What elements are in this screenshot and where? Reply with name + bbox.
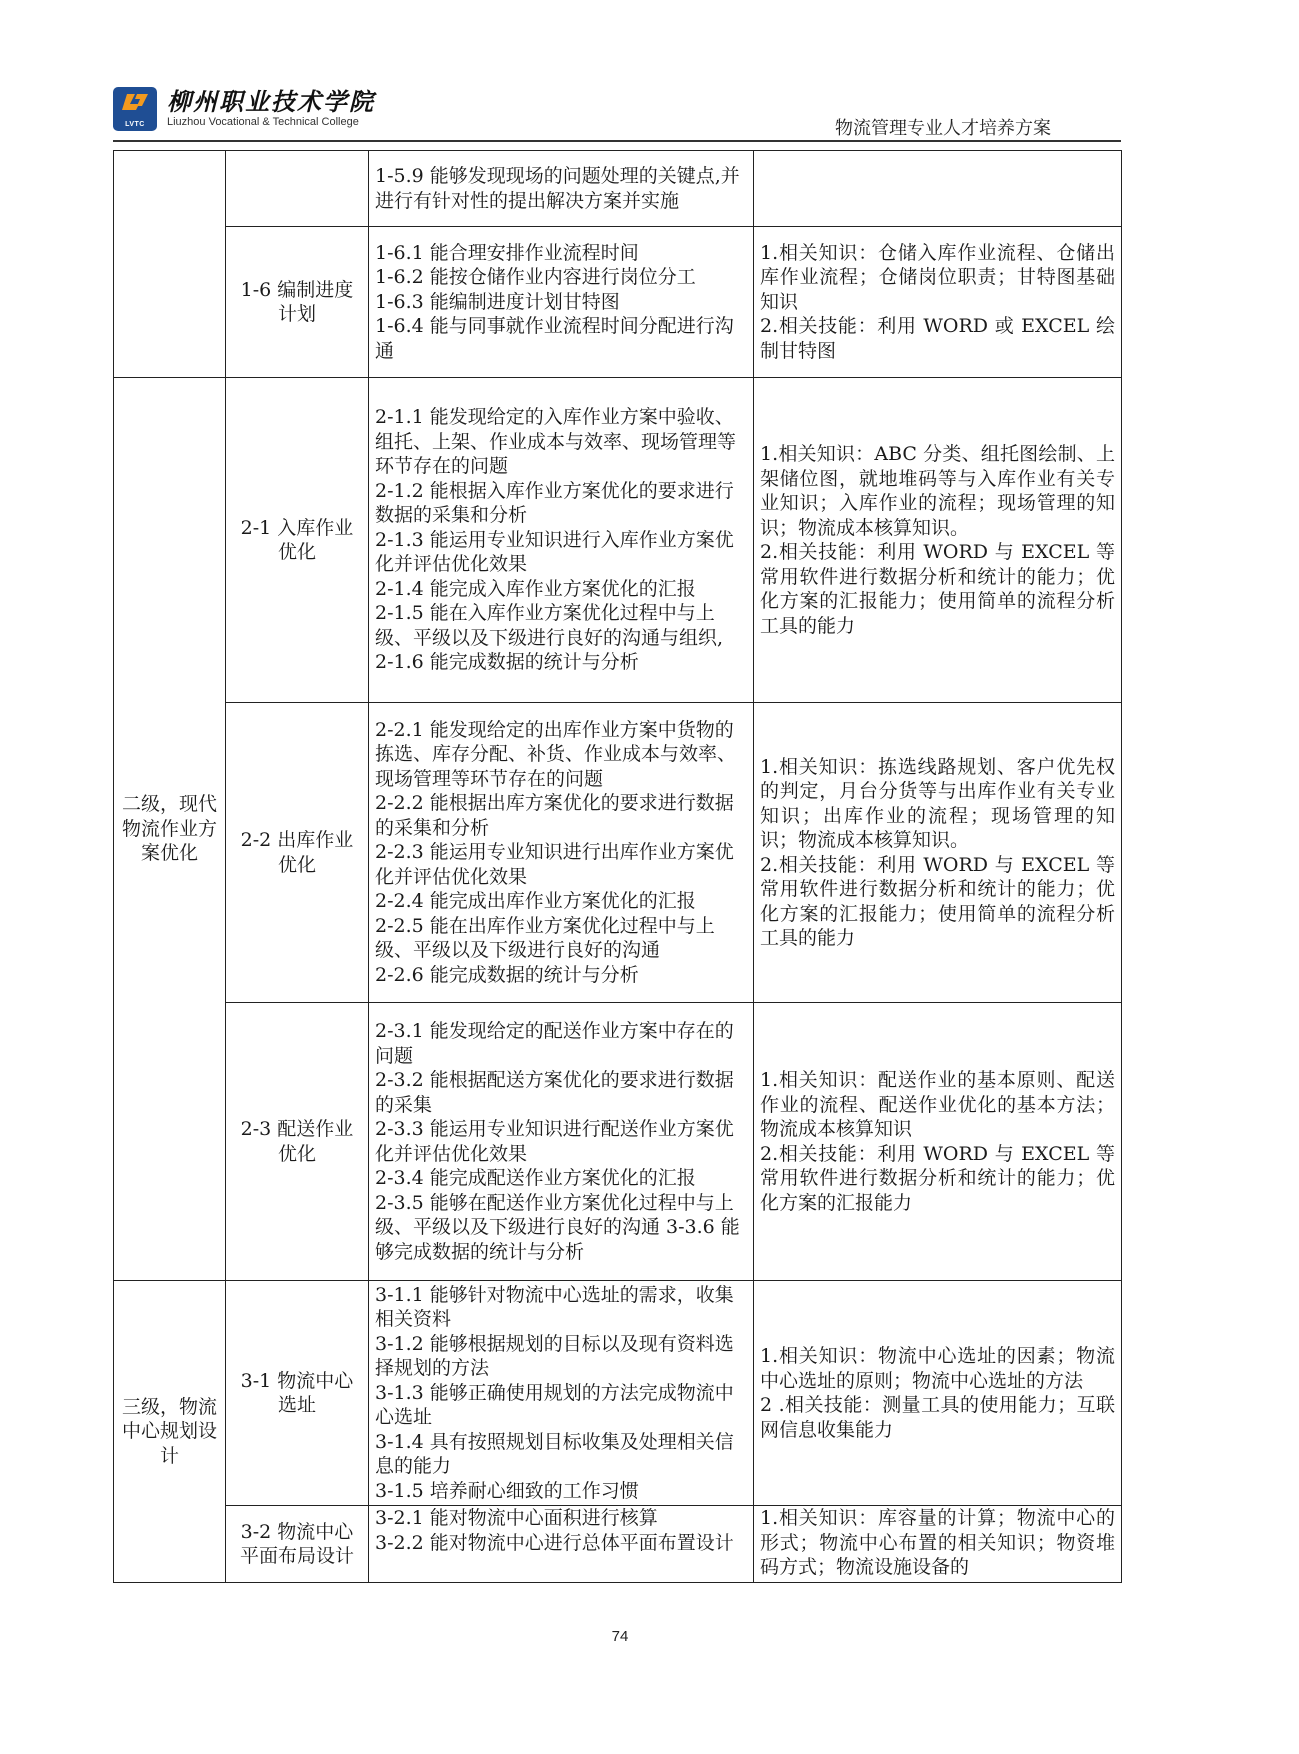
ability-item: 2-3.5 能够在配送作业方案优化过程中与上级、平级以及下级进行良好的沟通 3-…: [375, 1191, 747, 1265]
skill-item: 2.相关技能：利用 WORD 或 EXCEL 绘制甘特图: [760, 314, 1115, 363]
level-label: 二级，现代物流作业方案优化: [122, 793, 217, 864]
level-cell: 三级，物流中心规划设计: [114, 1281, 226, 1583]
skill-item: 2.相关技能：利用 WORD 与 EXCEL 等常用软件进行数据分析和统计的能力…: [760, 853, 1115, 951]
ability-item: 1-6.1 能合理安排作业流程时间: [375, 241, 747, 266]
task-cell: 3-2 物流中心平面布局设计: [226, 1506, 369, 1583]
knowledge-cell: 1.相关知识：仓储入库作业流程、仓储出库作业流程；仓储岗位职责；甘特图基础知识 …: [754, 227, 1122, 378]
document-title: 物流管理专业人才培养方案: [835, 114, 1051, 140]
ability-item: 2-1.4 能完成入库作业方案优化的汇报: [375, 577, 747, 602]
ability-item: 3-1.3 能够正确使用规划的方法完成物流中心选址: [375, 1381, 747, 1430]
ability-item: 1-5.9 能够发现现场的问题处理的关键点,并进行有针对性的提出解决方案并实施: [375, 164, 747, 213]
lvtc-logo-icon: [121, 92, 149, 114]
ability-item: 1-6.4 能与同事就作业流程时间分配进行沟通: [375, 314, 747, 363]
school-name-cn: 柳州职业技术学院: [167, 82, 375, 117]
knowledge-item: 1.相关知识：ABC 分类、组托图绘制、上架储位图，就地堆码等与入库作业有关专业…: [760, 442, 1115, 540]
knowledge-cell: 1.相关知识：拣选线路规划、客户优先权的判定，月台分货等与出库作业有关专业知识；…: [754, 703, 1122, 1003]
ability-item: 3-1.5 培养耐心细致的工作习惯: [375, 1479, 747, 1504]
ability-item: 3-1.4 具有按照规划目标收集及处理相关信息的能力: [375, 1430, 747, 1479]
skill-item: 2.相关技能：利用 WORD 与 EXCEL 等常用软件进行数据分析和统计的能力…: [760, 540, 1115, 638]
task-cell: [226, 151, 369, 227]
table-row: 2-2 出库作业优化 2-2.1 能发现给定的出库作业方案中货物的拣选、库存分配…: [114, 703, 1122, 1003]
ability-item: 2-1.3 能运用专业知识进行入库作业方案优化并评估优化效果: [375, 528, 747, 577]
knowledge-item: 1.相关知识：配送作业的基本原则、配送作业的流程、配送作业优化的基本方法；物流成…: [760, 1068, 1115, 1142]
knowledge-cell: 1.相关知识：物流中心选址的因素；物流中心选址的原则；物流中心选址的方法 2 .…: [754, 1281, 1122, 1506]
task-cell: 3-1 物流中心选址: [226, 1281, 369, 1506]
ability-item: 2-2.2 能根据出库方案优化的要求进行数据的采集和分析: [375, 791, 747, 840]
level-cell: 二级，现代物流作业方案优化: [114, 378, 226, 1281]
knowledge-cell: 1.相关知识：ABC 分类、组托图绘制、上架储位图，就地堆码等与入库作业有关专业…: [754, 378, 1122, 703]
task-label: 3-1 物流中心选址: [241, 1370, 354, 1417]
ability-item: 2-3.2 能根据配送方案优化的要求进行数据的采集: [375, 1068, 747, 1117]
abilities-cell: 3-2.1 能对物流中心面积进行核算 3-2.2 能对物流中心进行总体平面布置设…: [369, 1506, 754, 1583]
ability-item: 2-2.6 能完成数据的统计与分析: [375, 963, 747, 988]
ability-item: 3-1.1 能够针对物流中心选址的需求，收集相关资料: [375, 1283, 747, 1332]
ability-item: 2-2.5 能在出库作业方案优化过程中与上级、平级以及下级进行良好的沟通: [375, 914, 747, 963]
ability-item: 2-2.1 能发现给定的出库作业方案中货物的拣选、库存分配、补货、作业成本与效率…: [375, 718, 747, 792]
table-row: 1-5.9 能够发现现场的问题处理的关键点,并进行有针对性的提出解决方案并实施: [114, 151, 1122, 227]
task-label: 3-2 物流中心平面布局设计: [240, 1521, 354, 1568]
ability-item: 2-3.3 能运用专业知识进行配送作业方案优化并评估优化效果: [375, 1117, 747, 1166]
level-label: 三级，物流中心规划设计: [122, 1396, 217, 1467]
ability-item: 2-2.3 能运用专业知识进行出库作业方案优化并评估优化效果: [375, 840, 747, 889]
task-cell: 2-2 出库作业优化: [226, 703, 369, 1003]
table-row: 三级，物流中心规划设计 3-1 物流中心选址 3-1.1 能够针对物流中心选址的…: [114, 1281, 1122, 1506]
ability-item: 2-2.4 能完成出库作业方案优化的汇报: [375, 889, 747, 914]
task-label: 2-2 出库作业优化: [241, 829, 354, 876]
knowledge-cell: 1.相关知识：库容量的计算；物流中心的形式；物流中心布置的相关知识；物资堆码方式…: [754, 1506, 1122, 1583]
abilities-cell: 2-1.1 能发现给定的入库作业方案中验收、组托、上架、作业成本与效率、现场管理…: [369, 378, 754, 703]
task-label: 1-6 编制进度计划: [241, 279, 354, 326]
task-cell: 1-6 编制进度计划: [226, 227, 369, 378]
abilities-cell: 2-3.1 能发现给定的配送作业方案中存在的问题 2-3.2 能根据配送方案优化…: [369, 1003, 754, 1281]
skill-item: 2.相关技能：利用 WORD 与 EXCEL 等常用软件进行数据分析和统计的能力…: [760, 1142, 1115, 1216]
abilities-cell: 3-1.1 能够针对物流中心选址的需求，收集相关资料 3-1.2 能够根据规划的…: [369, 1281, 754, 1506]
abilities-cell: 1-6.1 能合理安排作业流程时间 1-6.2 能按仓储作业内容进行岗位分工 1…: [369, 227, 754, 378]
knowledge-item: 1.相关知识：拣选线路规划、客户优先权的判定，月台分货等与出库作业有关专业知识；…: [760, 755, 1115, 853]
table-row: 二级，现代物流作业方案优化 2-1 入库作业优化 2-1.1 能发现给定的入库作…: [114, 378, 1122, 703]
abilities-cell: 1-5.9 能够发现现场的问题处理的关键点,并进行有针对性的提出解决方案并实施: [369, 151, 754, 227]
ability-item: 1-6.3 能编制进度计划甘特图: [375, 290, 747, 315]
header-divider: [113, 140, 1121, 142]
ability-item: 2-3.4 能完成配送作业方案优化的汇报: [375, 1166, 747, 1191]
task-label: 2-1 入库作业优化: [241, 517, 354, 564]
ability-item: 2-3.1 能发现给定的配送作业方案中存在的问题: [375, 1019, 747, 1068]
knowledge-item: 1.相关知识：物流中心选址的因素；物流中心选址的原则；物流中心选址的方法: [760, 1344, 1115, 1393]
page-header: LVTC 柳州职业技术学院 Liuzhou Vocational & Techn…: [113, 84, 1121, 142]
ability-item: 2-1.5 能在入库作业方案优化过程中与上级、平级以及下级进行良好的沟通与组织,: [375, 601, 747, 650]
knowledge-cell: 1.相关知识：配送作业的基本原则、配送作业的流程、配送作业优化的基本方法；物流成…: [754, 1003, 1122, 1281]
ability-item: 3-2.2 能对物流中心进行总体平面布置设计: [375, 1531, 747, 1556]
curriculum-table: 1-5.9 能够发现现场的问题处理的关键点,并进行有针对性的提出解决方案并实施 …: [113, 150, 1122, 1583]
table-row: 1-6 编制进度计划 1-6.1 能合理安排作业流程时间 1-6.2 能按仓储作…: [114, 227, 1122, 378]
table-row: 3-2 物流中心平面布局设计 3-2.1 能对物流中心面积进行核算 3-2.2 …: [114, 1506, 1122, 1583]
ability-item: 3-1.2 能够根据规划的目标以及现有资料选择规划的方法: [375, 1332, 747, 1381]
task-label: 2-3 配送作业优化: [241, 1118, 354, 1165]
ability-item: 2-1.6 能完成数据的统计与分析: [375, 650, 747, 675]
level-cell: [114, 151, 226, 378]
task-cell: 2-3 配送作业优化: [226, 1003, 369, 1281]
table-row: 2-3 配送作业优化 2-3.1 能发现给定的配送作业方案中存在的问题 2-3.…: [114, 1003, 1122, 1281]
ability-item: 2-1.1 能发现给定的入库作业方案中验收、组托、上架、作业成本与效率、现场管理…: [375, 405, 747, 479]
ability-item: 1-6.2 能按仓储作业内容进行岗位分工: [375, 265, 747, 290]
knowledge-cell: [754, 151, 1122, 227]
ability-item: 3-2.1 能对物流中心面积进行核算: [375, 1506, 747, 1531]
ability-item: 2-1.2 能根据入库作业方案优化的要求进行数据的采集和分析: [375, 479, 747, 528]
page-number: 74: [0, 1628, 1240, 1645]
task-cell: 2-1 入库作业优化: [226, 378, 369, 703]
knowledge-item: 1.相关知识：仓储入库作业流程、仓储出库作业流程；仓储岗位职责；甘特图基础知识: [760, 241, 1115, 315]
college-logo: LVTC: [113, 87, 157, 131]
knowledge-item: 1.相关知识：库容量的计算；物流中心的形式；物流中心布置的相关知识；物资堆码方式…: [760, 1506, 1115, 1580]
skill-item: 2 .相关技能：测量工具的使用能力；互联网信息收集能力: [760, 1393, 1115, 1442]
school-name-en: Liuzhou Vocational & Technical College: [167, 116, 359, 128]
abilities-cell: 2-2.1 能发现给定的出库作业方案中货物的拣选、库存分配、补货、作业成本与效率…: [369, 703, 754, 1003]
logo-text: LVTC: [113, 121, 157, 128]
